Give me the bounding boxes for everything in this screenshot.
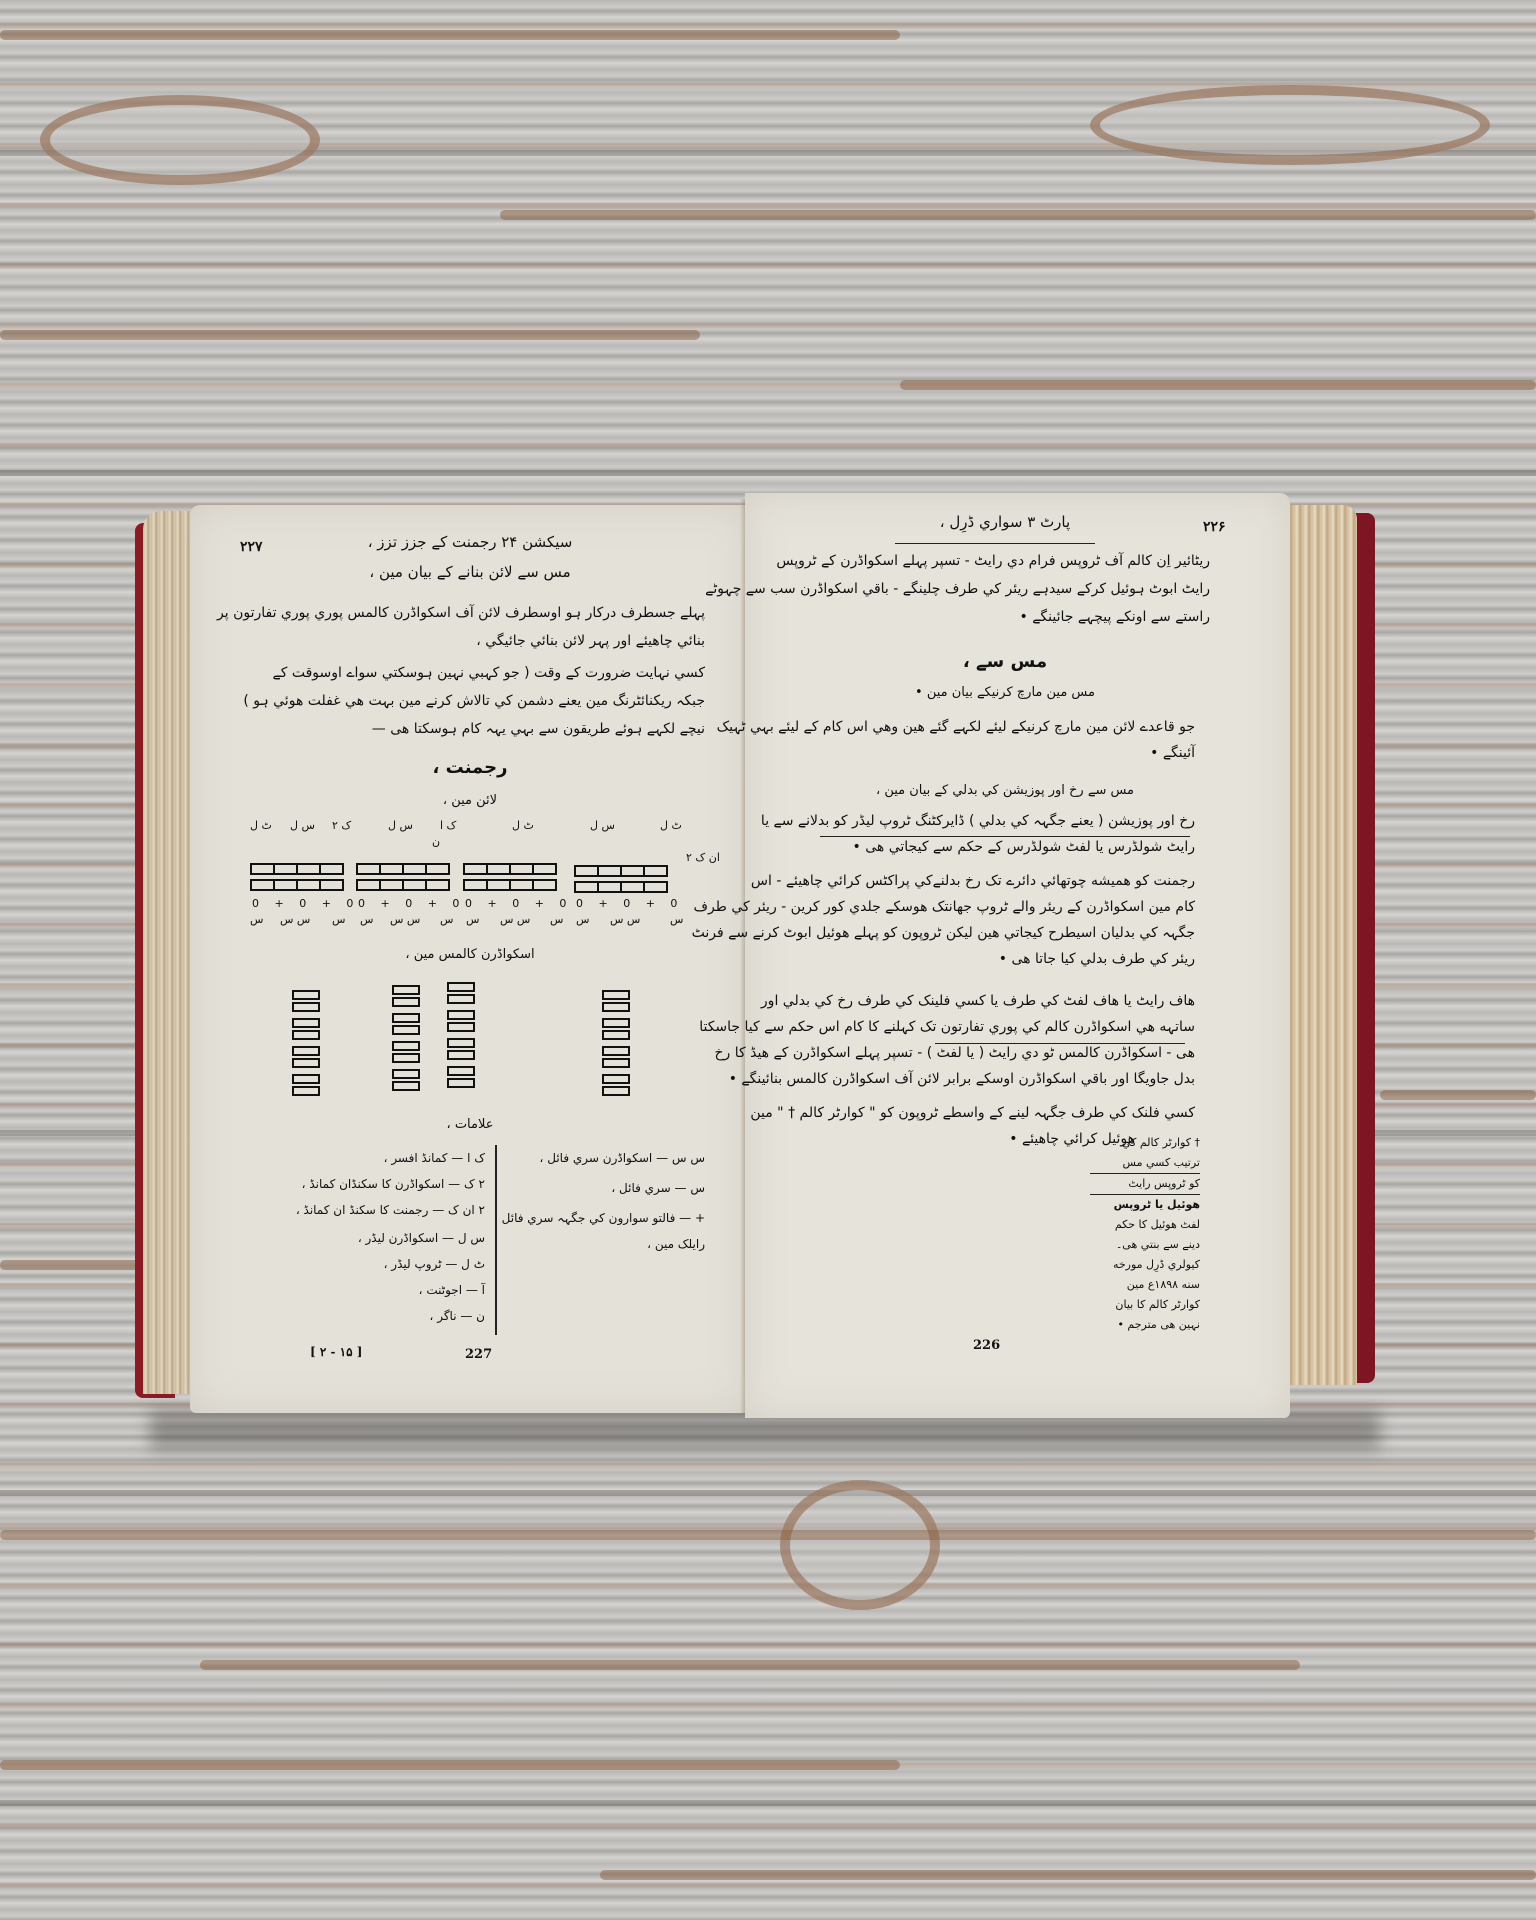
- paragraph-line: هاف رایٹ یا هاف لفٹ کي طرف یا کسي فلینک …: [765, 993, 1195, 1009]
- paragraph-line: ریٹائیر اِن کالم آف ٹروپس فرام دي رایٹ -…: [765, 553, 1210, 569]
- footnote-line: هوئیل یا ٹروپس: [1090, 1194, 1200, 1215]
- paragraph-line: پہلے جسطرف درکار ہو اوسطرف لائن آف اسکوا…: [245, 605, 705, 621]
- adjutant-label: ن: [432, 835, 440, 848]
- footnote-line: کوارٹر کالم کا بیان: [1090, 1295, 1200, 1315]
- plank-seam: [0, 1800, 1536, 1806]
- paragraph-line: رخ اور پوزیشن ( یعنے جگہہ کي بدلي ) ڈایر…: [765, 813, 1195, 829]
- legend-item: ۲ ان ک — رجمنت کا سکنڈ ان کمانڈ ،: [275, 1203, 485, 1217]
- wood-streak: [0, 30, 900, 40]
- legend-item: س ل — اسکواڈرن لیڈر ،: [275, 1231, 485, 1245]
- line-caption: لائن مین ،: [330, 793, 610, 808]
- open-book: ۲۲۷ سیکشن ۲۴ رجمنت کے جزز تزز ، مس سے لا…: [135, 493, 1375, 1418]
- legend-item: س س — اسکواڈرن سري فائل ،: [510, 1151, 705, 1165]
- diagram-label: ک ا: [440, 819, 456, 832]
- wood-streak: [500, 210, 1536, 220]
- marker-row: 0 + 0 + 0: [576, 897, 683, 910]
- running-head: پارٹ ۳ سواري ڈرِل ،: [865, 513, 1145, 531]
- right-page[interactable]: ۲۲۶ پارٹ ۳ سواري ڈرِل ، ریٹائیر اِن کالم…: [745, 493, 1290, 1418]
- file-closer-label: س س: [390, 913, 420, 926]
- paragraph-line: رایٹ شولڈرس یا لفٹ شولڈرس کے حکم سے کیجا…: [765, 839, 1195, 855]
- footnote-line: دینے سے بنتي هی۔: [1090, 1235, 1200, 1255]
- header-rule: [895, 543, 1095, 544]
- diagram-label: س ل: [590, 819, 615, 832]
- wood-streak: [0, 1260, 140, 1270]
- file-closer-label: س: [250, 913, 263, 926]
- file-closer-label: س: [550, 913, 563, 926]
- file-closer-label: س: [440, 913, 453, 926]
- underline-rule: [935, 1043, 1185, 1044]
- paragraph-line: جبکہ ریکنائٹرنگ مین یعنے دشمن کي تالاش ک…: [245, 693, 705, 709]
- wood-knot: [780, 1480, 940, 1610]
- file-closer-label: س س: [280, 913, 310, 926]
- marker-row: 0 + 0 + 0: [465, 897, 572, 910]
- regiment-heading: رجمنت ،: [330, 757, 610, 778]
- second-in-command-label: ۲ ان ک: [686, 851, 720, 864]
- file-closer-label: س: [360, 913, 373, 926]
- left-page[interactable]: ۲۲۷ سیکشن ۲۴ رجمنت کے جزز تزز ، مس سے لا…: [190, 505, 750, 1413]
- wood-knot: [1090, 85, 1490, 165]
- paragraph-line: آئینگے •: [765, 745, 1195, 761]
- wood-streak: [600, 1870, 1536, 1880]
- plank-seam: [0, 1490, 1536, 1496]
- file-closer-label: س: [466, 913, 479, 926]
- signature-mark: [ ۲ - ۱۵ ]: [310, 1345, 362, 1359]
- subheading: مس سے رخ اور پوزیشن کي بدلي کے بیان مین …: [825, 783, 1185, 798]
- wood-streak: [200, 1660, 1300, 1670]
- marker-row: 0 + 0 + 0: [358, 897, 465, 910]
- legend-item: آ — اجوٹنت ،: [275, 1283, 485, 1297]
- file-closer-label: س س: [500, 913, 530, 926]
- paragraph-line: رجمنت کو همیشه چوتهائي دائرے تک رخ بدلنے…: [765, 873, 1195, 889]
- diagram-label: س ل: [290, 819, 315, 832]
- paragraph-line: کسي فلنک کي طرف جگہہ لینے کے واسطے ٹروپو…: [765, 1105, 1195, 1121]
- plank-seam: [0, 470, 1536, 476]
- squadron-block: [463, 863, 557, 895]
- legend-title: علامات ،: [330, 1117, 610, 1132]
- diagram-label: ٹ ل: [660, 819, 682, 832]
- subheading: مس مین مارچ کرنیکے بیان مین •: [845, 685, 1165, 700]
- legend-item: ن — ناگر ،: [275, 1309, 485, 1323]
- footnote-line: کو ٹروپس رایٹ: [1090, 1173, 1200, 1194]
- footnote-line: † کوارٹر کالم کي: [1090, 1133, 1200, 1153]
- paragraph-line: بنائي چاهیئے اور پہر لائن بنائي جائیگي ،: [245, 633, 705, 649]
- footnote-line: نہین هی مترجم •: [1090, 1315, 1200, 1335]
- file-closer-label: س: [670, 913, 683, 926]
- squadron-block: [250, 863, 344, 895]
- squadron-block: [574, 865, 668, 897]
- footnote-line: ترتیب کسي مس: [1090, 1153, 1200, 1173]
- file-closer-label: س: [332, 913, 345, 926]
- diagram-label: س ل: [388, 819, 413, 832]
- paragraph-line: بدل جاویگا اور باقي اسکواڈرن اوسکے برابر…: [765, 1071, 1195, 1087]
- legend-item: + — فالتو سوارون کي جگہہ سري فائل: [510, 1211, 705, 1225]
- underline-rule: [820, 836, 1190, 837]
- column-caption: اسکواڈرن کالمس مین ،: [330, 947, 610, 962]
- paragraph-line: هی - اسکواڈرن کالمس ٹو دي رایٹ ( یا لفٹ …: [765, 1045, 1195, 1061]
- wood-streak: [900, 380, 1536, 390]
- running-head: سیکشن ۲۴ رجمنت کے جزز تزز ،: [330, 533, 610, 551]
- paragraph-line: جگہہ کي بدلیان اسیطرح کیجاتي هین لیکن ٹر…: [765, 925, 1195, 941]
- wood-streak: [1380, 1090, 1536, 1100]
- footnote-line: لفٹ هوئیل کا حکم: [1090, 1215, 1200, 1235]
- legend-item: رایلک مین ،: [510, 1237, 705, 1251]
- wood-knot: [40, 95, 320, 185]
- legend-divider: [495, 1145, 497, 1335]
- footnote-line: سنه ۱۸۹۸ع مین: [1090, 1275, 1200, 1295]
- wood-streak: [0, 330, 700, 340]
- legend-item: ۲ ک — اسکواڈرن کا سکنڈان کمانڈ ،: [275, 1177, 485, 1191]
- file-closer-label: س س: [610, 913, 640, 926]
- diagram-label: ک ۲: [332, 819, 351, 832]
- wood-streak: [0, 1760, 900, 1770]
- footer-page-number: 227: [465, 1347, 492, 1362]
- file-closer-label: س: [576, 913, 589, 926]
- line-formation-diagram: ٹ ل س ل ک ۲ س ل ک ا ٹ ل س ل ٹ ل ن ۲ ان ک…: [250, 815, 720, 925]
- paragraph-line: کام مین اسکواڈرن کے ریئر والے ٹروپ جهانت…: [765, 899, 1195, 915]
- marker-row: 0 + 0 + 0: [252, 897, 359, 910]
- legend-item: ک ا — کمانڈ افسر ،: [275, 1151, 485, 1165]
- section-heading: مس سے ،: [865, 651, 1145, 672]
- paragraph-line: ساتہه هي اسکواڈرن کالم کي پوري تفارتون ت…: [765, 1019, 1195, 1035]
- diagram-label: ٹ ل: [512, 819, 534, 832]
- wood-streak: [0, 1530, 1536, 1540]
- footnote: † کوارٹر کالم کي ترتیب کسي مس کو ٹروپس ر…: [1090, 1133, 1200, 1335]
- footnote-line: کیولري ڈرِل مورخه: [1090, 1255, 1200, 1275]
- footer-page-number: 226: [973, 1338, 1000, 1353]
- squadron-block: [356, 863, 450, 895]
- paragraph-line: راستے سے اونکے پیچہے جائینگے •: [765, 609, 1210, 625]
- squadron-columns-diagram: [250, 980, 720, 1090]
- page-edges-right: [1285, 505, 1357, 1385]
- paragraph-line: ریئر کي طرف بدلي کیا جاتا هی •: [765, 951, 1195, 967]
- paragraph-line: کسي نہایت ضرورت کے وقت ( جو کہبي نہین ہو…: [245, 665, 705, 681]
- page-number: ۲۲۷: [240, 539, 263, 555]
- paragraph-line: نیچے لکہے ہوئے طریقون سے بہي یہہ کام ہوس…: [245, 721, 705, 737]
- diagram-label: ٹ ل: [250, 819, 272, 832]
- legend-item: س — سري فائل ،: [510, 1181, 705, 1195]
- page-number: ۲۲۶: [1203, 519, 1226, 535]
- section-title: مس سے لائن بنانے کے بیان مین ،: [330, 563, 610, 581]
- legend-item: ٹ ل — ٹروپ لیڈر ،: [275, 1257, 485, 1271]
- paragraph-line: رایٹ ابوٹ ہوئیل کرکے سیدہے ریئر کي طرف چ…: [765, 581, 1210, 597]
- paragraph-line: جو قاعدے لائن مین مارچ کرنیکے لیئے لکہے …: [765, 719, 1195, 735]
